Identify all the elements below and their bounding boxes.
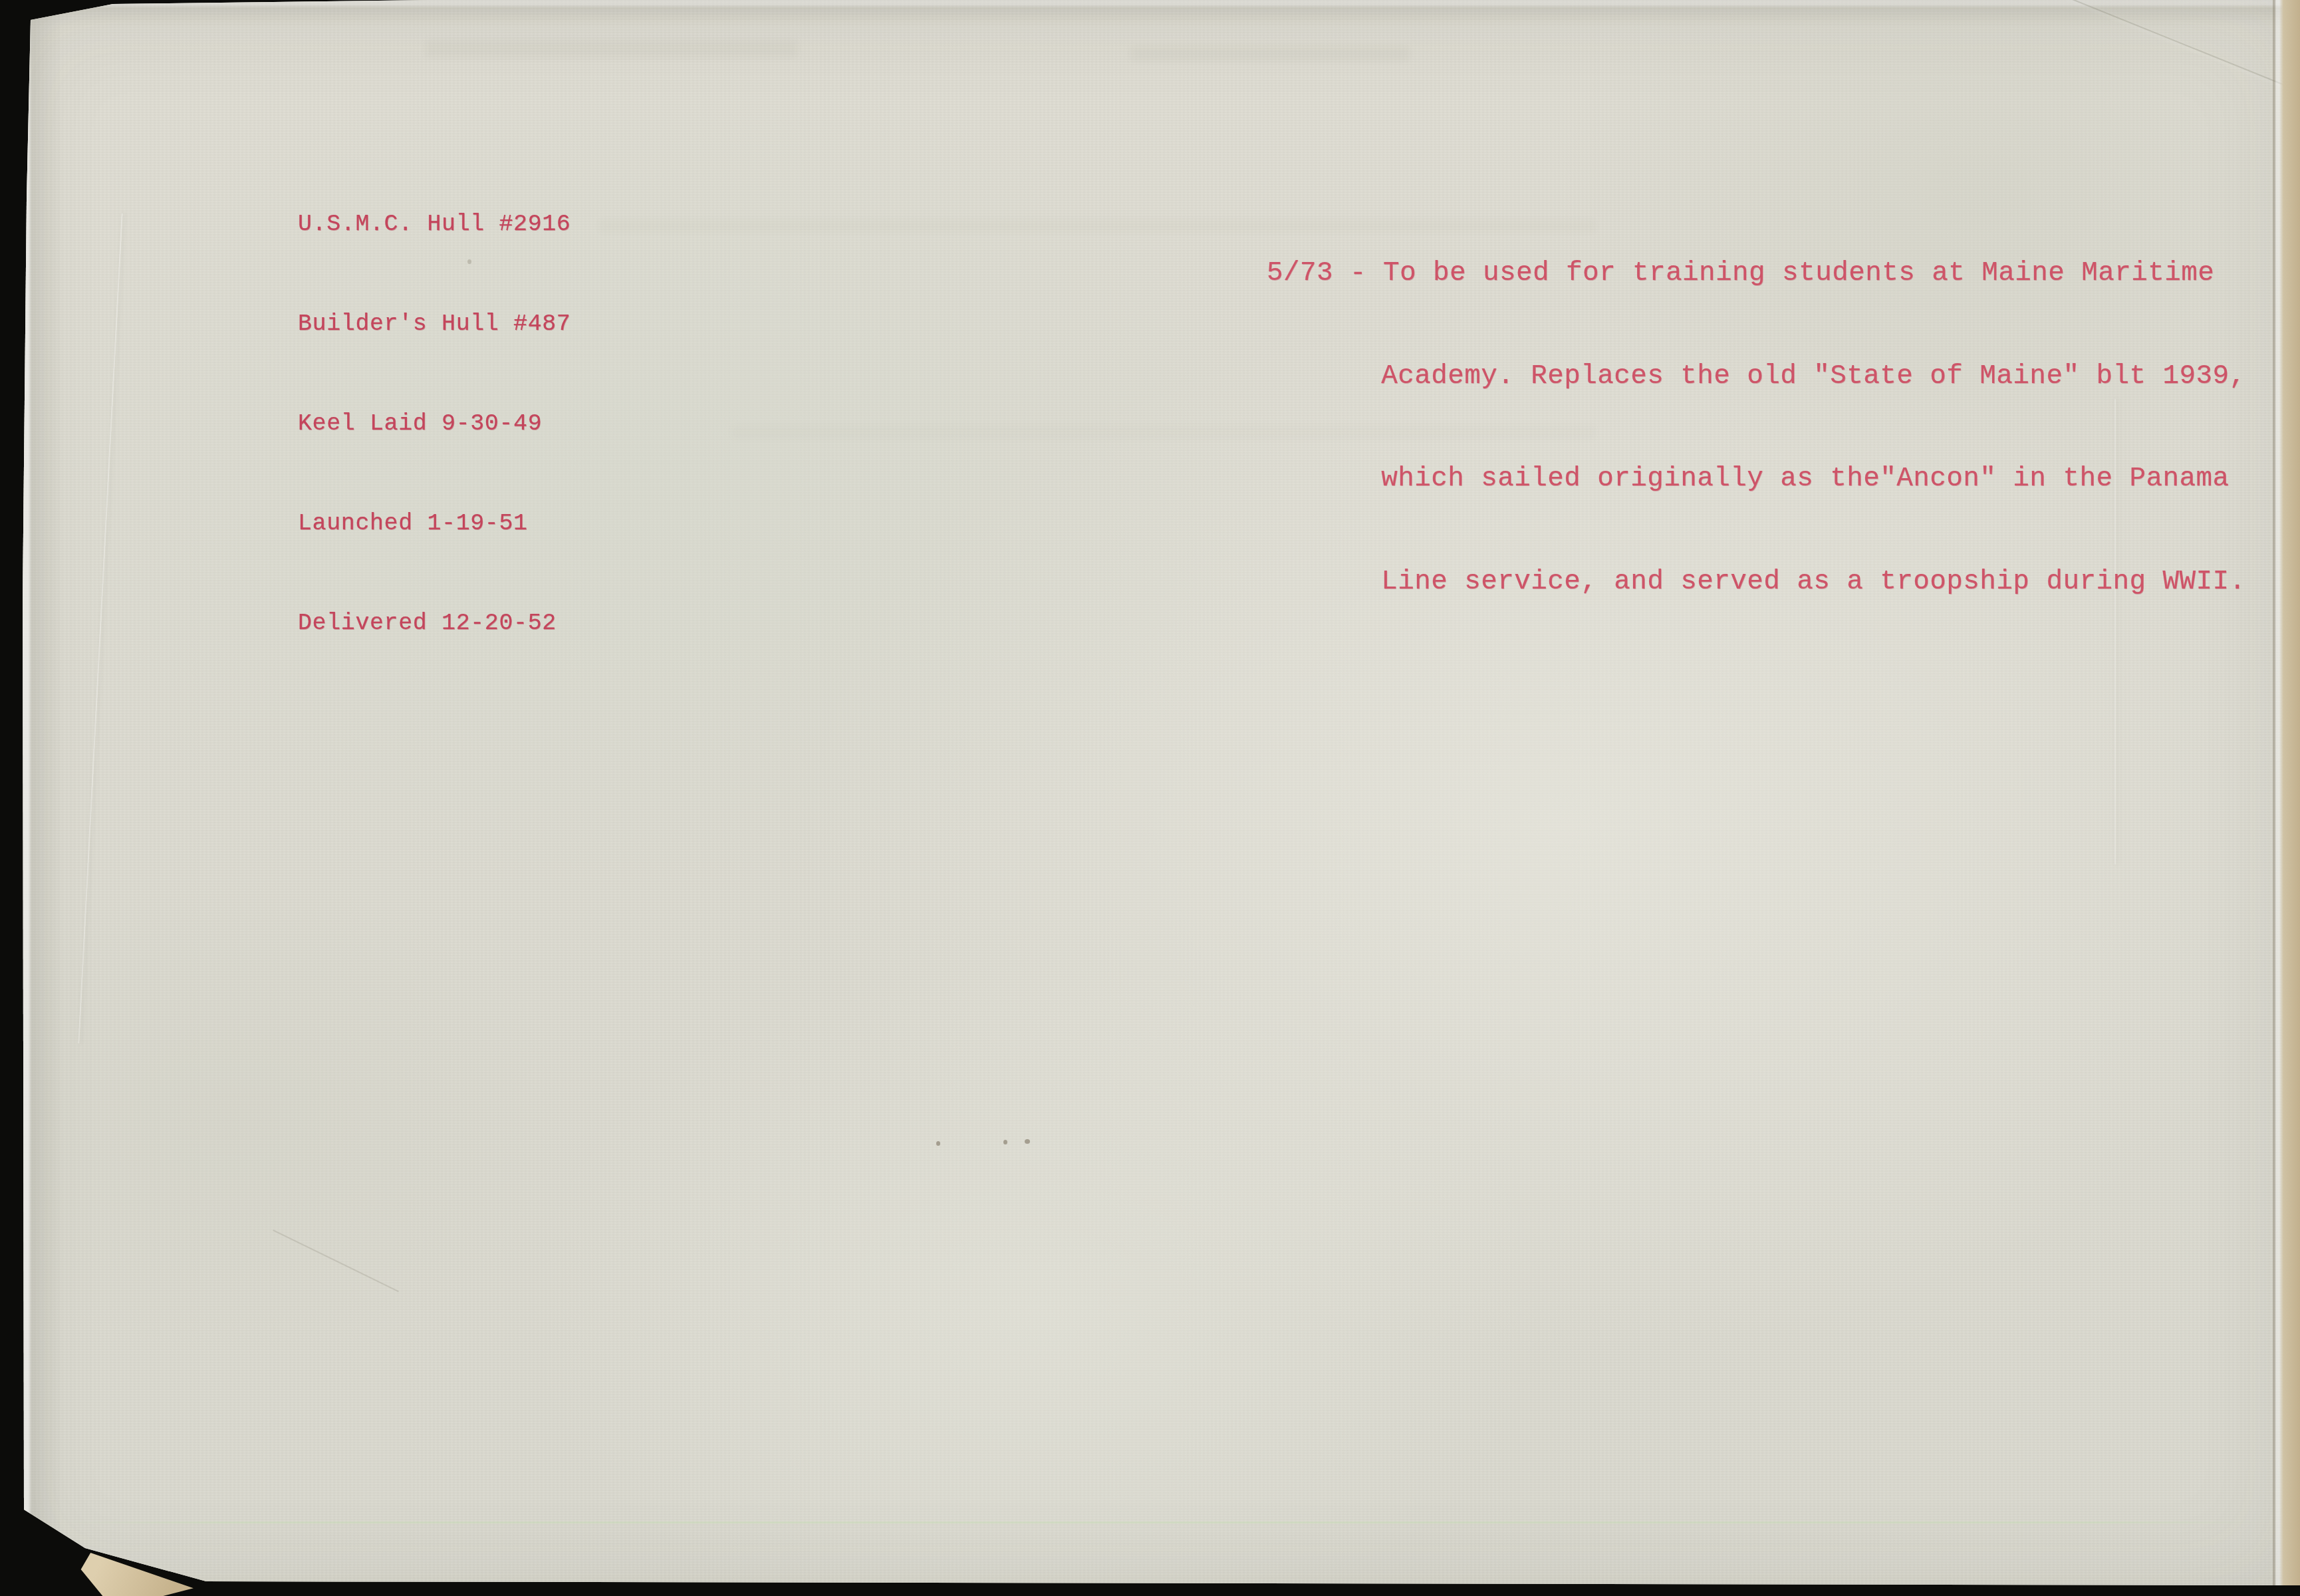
paper-speck (1003, 1140, 1007, 1144)
paper-left-edge-highlight (23, 0, 63, 1596)
paper-crease (78, 213, 122, 1043)
spec-line-delivered: Delivered 12-20-52 (298, 606, 571, 640)
bleed-through-smudge (1130, 47, 1410, 61)
paper-speck (936, 1141, 940, 1146)
note-line: which sailed originally as the"Ancon" in… (1267, 462, 2245, 497)
annotation-note-block: 5/73 - To be used for training students … (1267, 188, 2245, 668)
note-line: 5/73 - To be used for training students … (1267, 257, 2245, 291)
page-right-edge (2273, 0, 2300, 1585)
paper-speck (1025, 1139, 1030, 1144)
note-line: Line service, and served as a troopship … (1267, 565, 2245, 600)
paper-top-edge-highlight (0, 0, 2300, 27)
bleed-through-smudge (426, 40, 798, 57)
spec-line-keel-laid: Keel Laid 9-30-49 (298, 407, 571, 440)
hull-specs-block: U.S.M.C. Hull #2916 Builder's Hull #487 … (298, 141, 571, 706)
scan-line-artifact (60, 1522, 2267, 1524)
note-line: Academy. Replaces the old "State of Main… (1267, 360, 2245, 394)
spec-line-usmc-hull: U.S.M.C. Hull #2916 (298, 207, 571, 241)
spec-line-launched: Launched 1-19-51 (298, 507, 571, 540)
paper-crease (273, 1230, 399, 1292)
spec-line-builder-hull: Builder's Hull #487 (298, 307, 571, 340)
scanned-page: U.S.M.C. Hull #2916 Builder's Hull #487 … (0, 0, 2300, 1596)
scan-background: U.S.M.C. Hull #2916 Builder's Hull #487 … (0, 0, 2300, 1596)
